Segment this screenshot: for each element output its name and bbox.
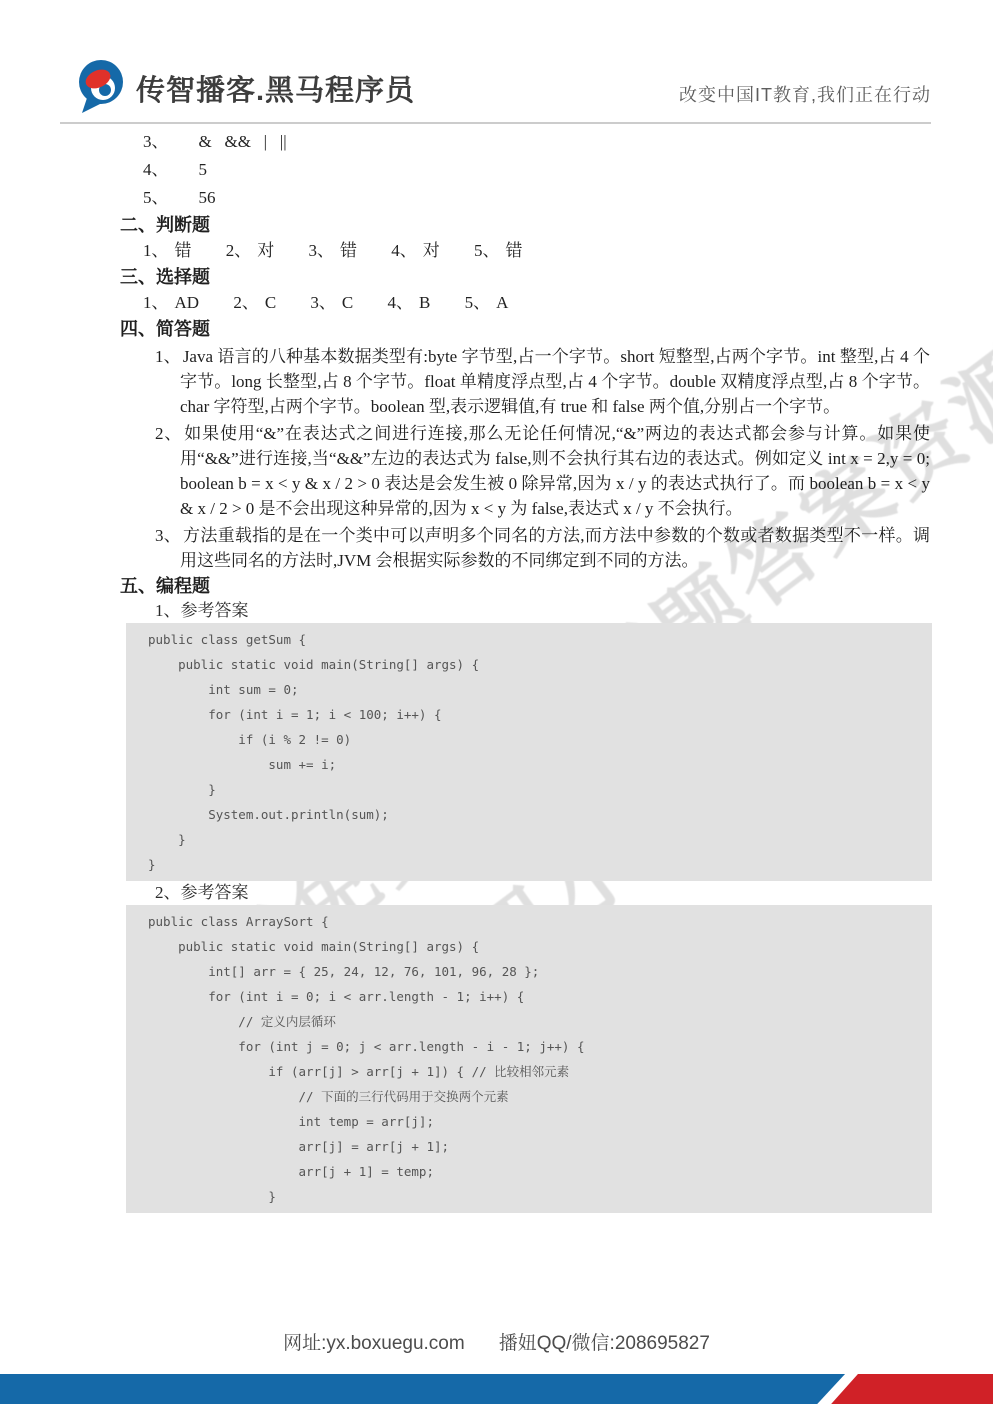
item-value: & && | || <box>199 132 287 151</box>
code-line: System.out.println(sum); <box>126 802 932 827</box>
choice-answers-row: 1、AD 2、C 3、C 4、B 5、A <box>120 290 930 316</box>
footer-contact-line: 网址:yx.boxuegu.com播妞QQ/微信:208695827 <box>0 1330 993 1358</box>
judge-answer: 3、错 <box>309 238 358 264</box>
item-number: 3、 <box>143 132 169 151</box>
judge-answers-row: 1、错 2、对 3、错 4、对 5、错 <box>120 238 930 264</box>
code-line: // 下面的三行代码用于交换两个元素 <box>126 1084 932 1109</box>
choice-answer: 1、AD <box>143 290 199 316</box>
section-heading-programming: 五、编程题 <box>120 573 930 599</box>
header-slogan: 改变中国IT教育,我们正在行动 <box>679 81 931 107</box>
section-heading-short-answer: 四、简答题 <box>120 316 930 342</box>
footer-site-url: 网址:yx.boxuegu.com <box>283 1333 465 1354</box>
fill-answer-4: 4、5 <box>120 156 930 184</box>
short-answer-1: 1、Java 语言的八种基本数据类型有:byte 字节型,占一个字节。short… <box>120 344 930 419</box>
code-line: int temp = arr[j]; <box>126 1109 932 1134</box>
brand: 传智播客.黑马程序员 <box>74 57 415 120</box>
reference-answer-1-label: 1、参考答案 <box>120 599 930 623</box>
judge-answer: 4、对 <box>391 238 440 264</box>
page-header: 传智播客.黑马程序员 改变中国IT教育,我们正在行动 <box>74 56 931 120</box>
item-value: 5 <box>199 160 208 179</box>
header-divider <box>60 122 931 124</box>
code-line: // 定义内层循环 <box>126 1009 932 1034</box>
choice-answer: 3、C <box>310 290 353 316</box>
short-answer-2: 2、如果使用“&”在表达式之间进行连接,那么无论任何情况,“&”两边的表达式都会… <box>120 421 930 521</box>
code-line: if (i % 2 != 0) <box>126 727 932 752</box>
code-line: for (int j = 0; j < arr.length - i - 1; … <box>126 1034 932 1059</box>
itcast-logo-icon <box>74 57 126 120</box>
judge-answer: 2、对 <box>226 238 275 264</box>
bottom-color-bar <box>0 1374 993 1404</box>
code-line: public static void main(String[] args) { <box>126 934 932 959</box>
code-line: int[] arr = { 25, 24, 12, 76, 101, 96, 2… <box>126 959 932 984</box>
judge-answer: 5、错 <box>474 238 523 264</box>
code-block-1: public class getSum { public static void… <box>126 623 932 881</box>
code-line: arr[j] = arr[j + 1]; <box>126 1134 932 1159</box>
section-heading-judge: 二、判断题 <box>120 212 930 238</box>
choice-answer: 5、A <box>465 290 509 316</box>
choice-answer: 2、C <box>233 290 276 316</box>
code-line: } <box>126 777 932 802</box>
code-line: if (arr[j] > arr[j + 1]) { // 比较相邻元素 <box>126 1059 932 1084</box>
code-line: } <box>126 1184 932 1209</box>
short-answer-3: 3、方法重载指的是在一个类中可以声明多个同名的方法,而方法中参数的个数或者数据类… <box>120 523 930 573</box>
code-line: } <box>126 827 932 852</box>
code-block-2: public class ArraySort { public static v… <box>126 905 932 1213</box>
code-line: int sum = 0; <box>126 677 932 702</box>
document-page: 更多免费课后习题答案资源尽在 播妞小程序 传智播客.黑马程序员 改变中国IT教育… <box>0 0 993 1404</box>
item-number: 4、 <box>143 160 169 179</box>
judge-answer: 1、错 <box>143 238 192 264</box>
code-line: } <box>126 852 932 877</box>
item-number: 5、 <box>143 188 169 207</box>
code-line: for (int i = 0; i < arr.length - 1; i++)… <box>126 984 932 1009</box>
brand-name: 传智播客.黑马程序员 <box>136 68 415 109</box>
footer-qq-wechat: 播妞QQ/微信:208695827 <box>499 1333 710 1354</box>
code-line: public class ArraySort { <box>126 909 932 934</box>
code-line: public class getSum { <box>126 627 932 652</box>
section-heading-choice: 三、选择题 <box>120 264 930 290</box>
reference-answer-2-label: 2、参考答案 <box>120 881 930 905</box>
code-line: public static void main(String[] args) { <box>126 652 932 677</box>
code-line: for (int i = 1; i < 100; i++) { <box>126 702 932 727</box>
fill-answer-5: 5、56 <box>120 184 930 212</box>
fill-answer-3: 3、& && | || <box>120 128 930 156</box>
choice-answer: 4、B <box>388 290 431 316</box>
answer-content: 3、& && | || 4、5 5、56 二、判断题 1、错 2、对 3、错 4… <box>120 128 930 1213</box>
code-line: arr[j + 1] = temp; <box>126 1159 932 1184</box>
item-value: 56 <box>199 188 216 207</box>
code-line: sum += i; <box>126 752 932 777</box>
